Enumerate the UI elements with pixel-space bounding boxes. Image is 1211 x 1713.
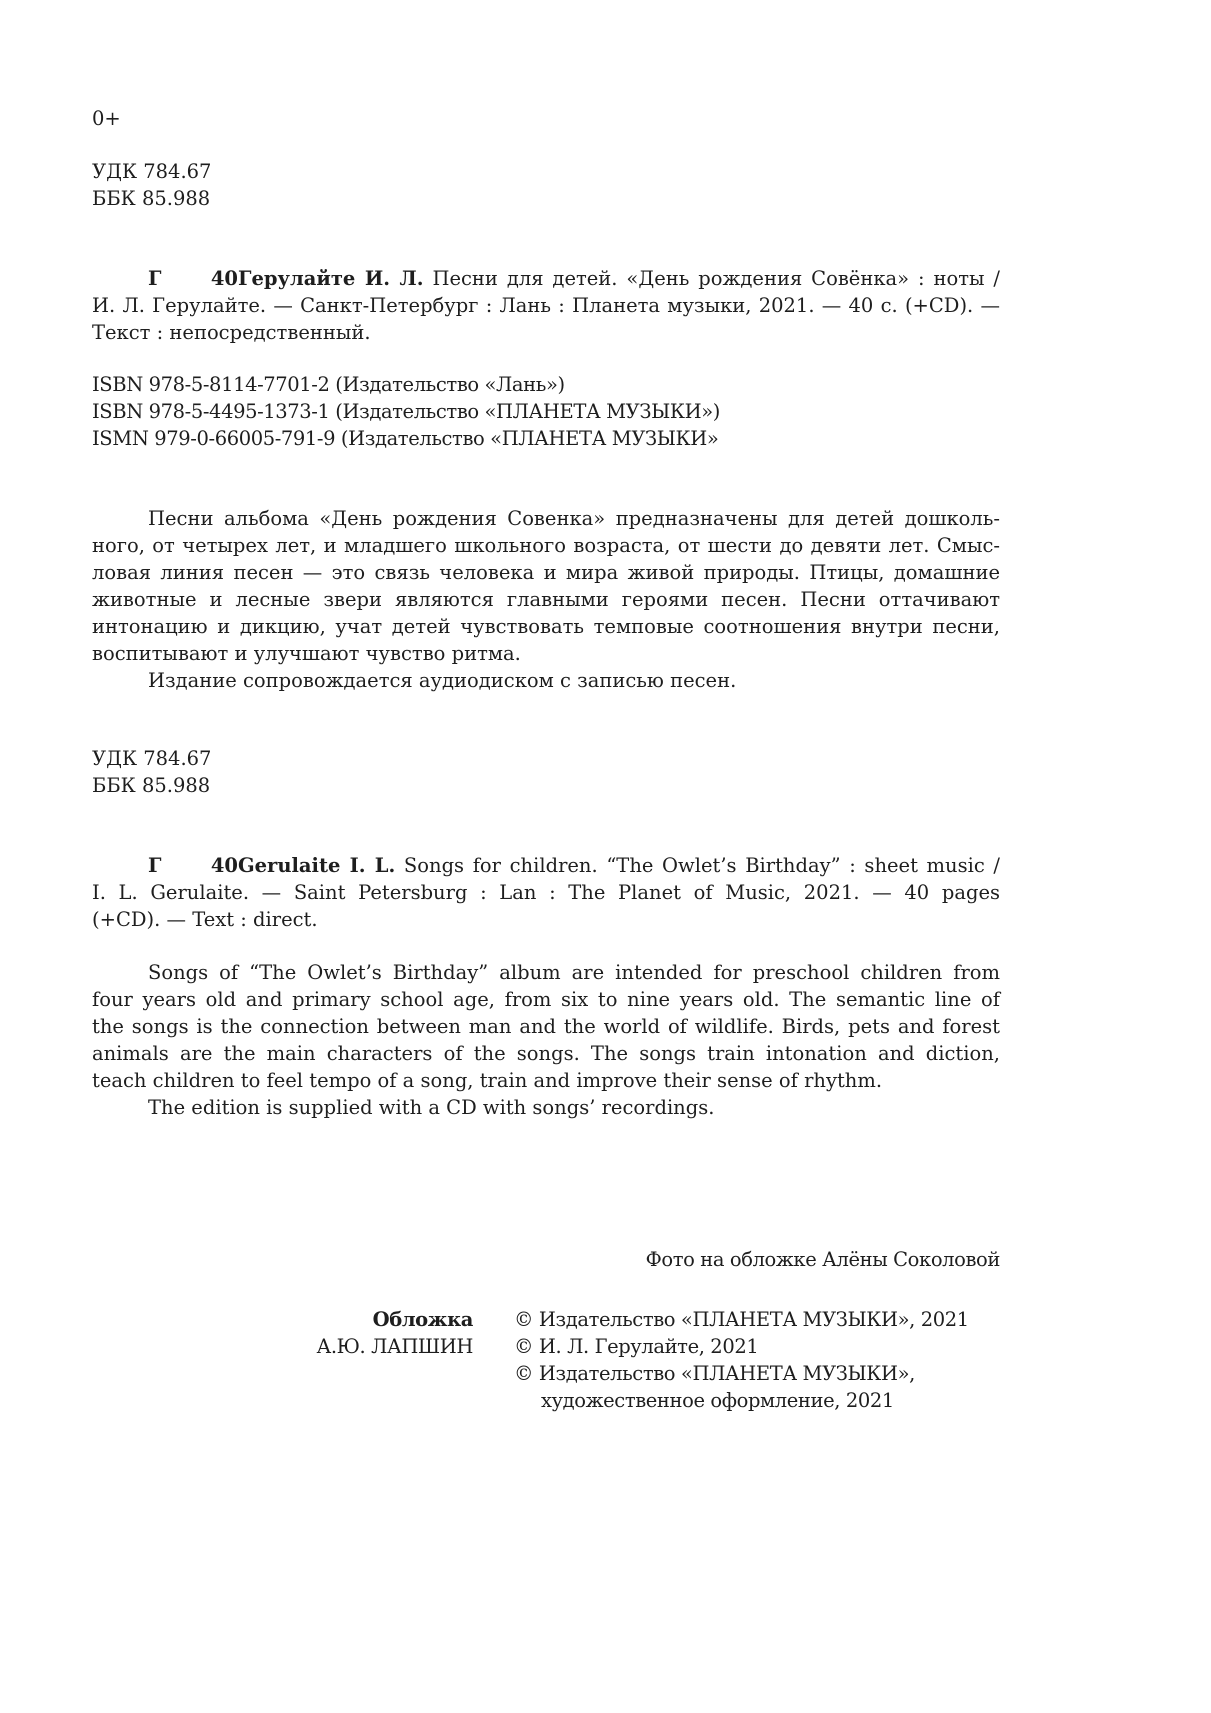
biblio-ru-line-2: И. Л. Герулайте. — Санкт-Петербург : Лан… bbox=[92, 292, 1000, 319]
annotation-ru-line: интонацию и дикцию, учат детей чувствова… bbox=[92, 613, 1000, 640]
udk-code: УДК 784.67 bbox=[92, 745, 1000, 772]
annotation-ru-line: ного, от четырех лет, и младшего школьно… bbox=[92, 532, 1000, 559]
classification-codes-bottom: УДК 784.67 ББК 85.988 bbox=[92, 745, 1000, 799]
copyright-continuation: художественное оформление, 2021 bbox=[514, 1387, 969, 1414]
annotation-ru-line: животные и лесные звери являются главным… bbox=[92, 586, 1000, 613]
biblio-ru-line-3: Текст : непосредственный. bbox=[92, 319, 1000, 346]
isbn-lan: ISBN 978-5-8114-7701-2 (Издательство «Ла… bbox=[92, 371, 1000, 398]
author-mark: Г 40 bbox=[148, 852, 238, 879]
bibliographic-record-en: Г 40Gerulaite I. L. Songs for children. … bbox=[92, 852, 1000, 933]
annotation-ru-line: Песни альбома «День рождения Совенка» пр… bbox=[92, 505, 1000, 532]
udk-code: УДК 784.67 bbox=[92, 158, 1000, 185]
copyright-line: © Издательство «ПЛАНЕТА МУЗЫКИ», bbox=[514, 1360, 969, 1387]
title-text: Songs for children. “The Owlet’s Birthda… bbox=[404, 854, 1000, 877]
annotation-en-line: four years old and primary school age, f… bbox=[92, 986, 1000, 1013]
copyright-list: © Издательство «ПЛАНЕТА МУЗЫКИ», 2021 © … bbox=[514, 1306, 969, 1414]
photo-credit: Фото на обложке Алёны Соколовой bbox=[92, 1246, 1000, 1273]
bbk-code: ББК 85.988 bbox=[92, 772, 1000, 799]
ismn-planeta: ISMN 979-0-66005-791-9 (Издательство «ПЛ… bbox=[92, 425, 1000, 452]
title-text: Песни для детей. «День рождения Совёнка»… bbox=[432, 267, 1000, 290]
copyright-line: © И. Л. Герулайте, 2021 bbox=[514, 1333, 969, 1360]
biblio-en-line-3: (+CD). — Text : direct. bbox=[92, 906, 1000, 933]
cover-credit-name: А.Ю. ЛАПШИН bbox=[316, 1333, 473, 1360]
annotation-en-line: animals are the main characters of the s… bbox=[92, 1040, 1000, 1067]
biblio-en-line-2: I. L. Gerulaite. — Saint Petersburg : La… bbox=[92, 879, 1000, 906]
annotation-ru-note: Издание сопровождается аудиодиском с зап… bbox=[92, 667, 1000, 694]
author-name: Gerulaite I. L. bbox=[238, 854, 395, 877]
annotation-en-line: Songs of “The Owlet’s Birthday” album ar… bbox=[92, 959, 1000, 986]
annotation-ru: Песни альбома «День рождения Совенка» пр… bbox=[92, 505, 1000, 694]
annotation-en: Songs of “The Owlet’s Birthday” album ar… bbox=[92, 959, 1000, 1121]
biblio-en-line-1: Г 40Gerulaite I. L. Songs for children. … bbox=[92, 852, 1000, 879]
bibliographic-record-ru: Г 40Герулайте И. Л. Песни для детей. «Де… bbox=[92, 265, 1000, 346]
isbn-planeta: ISBN 978-5-4495-1373-1 (Издательство «ПЛ… bbox=[92, 398, 1000, 425]
annotation-en-line: teach children to feel tempo of a song, … bbox=[92, 1067, 1000, 1094]
author-name: Герулайте И. Л. bbox=[238, 267, 424, 290]
annotation-en-note: The edition is supplied with a CD with s… bbox=[92, 1094, 1000, 1121]
author-mark: Г 40 bbox=[148, 265, 238, 292]
cover-credit: Обложка А.Ю. ЛАПШИН bbox=[316, 1306, 473, 1360]
identifiers: ISBN 978-5-8114-7701-2 (Издательство «Ла… bbox=[92, 371, 1000, 452]
annotation-ru-line: ловая линия песен — это связь человека и… bbox=[92, 559, 1000, 586]
classification-codes-top: УДК 784.67 ББК 85.988 bbox=[92, 158, 1000, 212]
biblio-ru-line-1: Г 40Герулайте И. Л. Песни для детей. «Де… bbox=[92, 265, 1000, 292]
annotation-en-line: the songs is the connection between man … bbox=[92, 1013, 1000, 1040]
copyright-line: © Издательство «ПЛАНЕТА МУЗЫКИ», 2021 bbox=[514, 1306, 969, 1333]
cover-credit-label: Обложка bbox=[316, 1306, 473, 1333]
bbk-code: ББК 85.988 bbox=[92, 185, 1000, 212]
photo-credit-text: Фото на обложке Алёны Соколовой bbox=[646, 1248, 1000, 1271]
age-rating: 0+ bbox=[92, 105, 1000, 132]
age-rating-text: 0+ bbox=[92, 105, 1000, 132]
annotation-ru-line: воспитывают и улучшают чувство ритма. bbox=[92, 640, 1000, 667]
